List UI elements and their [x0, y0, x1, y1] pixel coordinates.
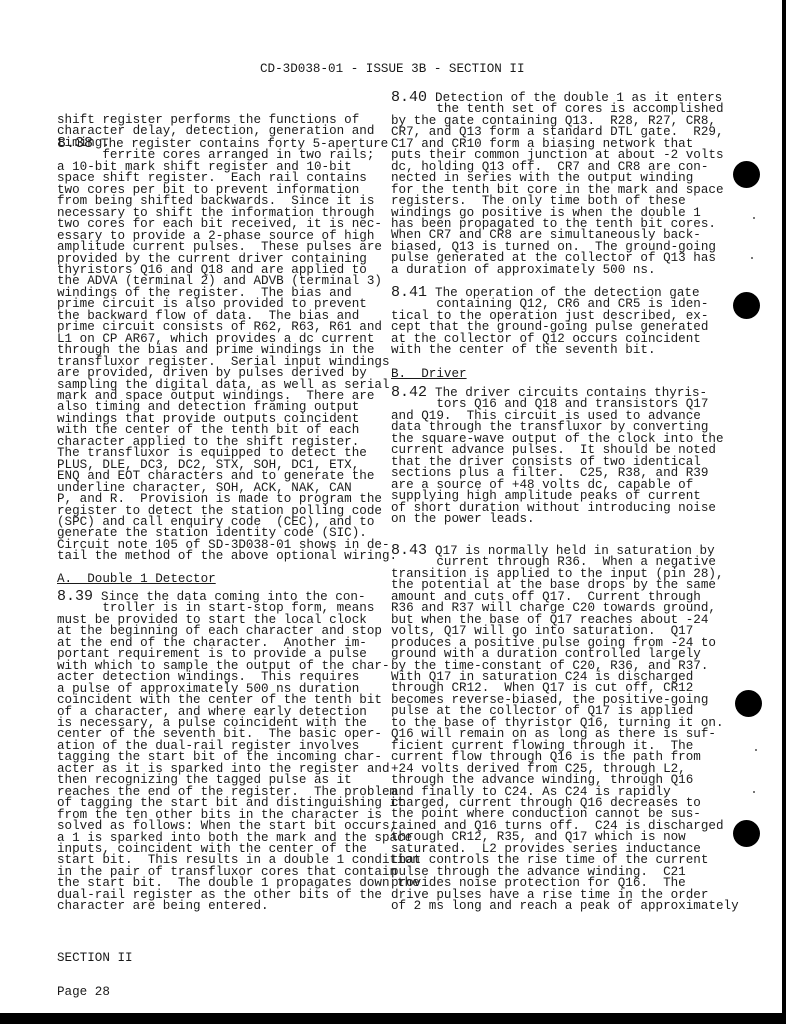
punch-hole-icon [733, 161, 760, 188]
text-line: a duration of approximately 500 ns. [391, 265, 724, 276]
punch-hole-icon [735, 690, 762, 717]
page-footer: SECTION II Page 28 [57, 930, 133, 1022]
text-line: on the power leads. [391, 514, 724, 525]
text-line: tail the method of the above optional wi… [57, 551, 397, 562]
paragraph-8-42: 8.42The driver circuits contains thyris-… [391, 387, 724, 525]
footer-page-number: Page 28 [57, 987, 133, 998]
paragraph-8-40: 8.40Detection of the double 1 as it ente… [391, 92, 724, 276]
text-line: character are being entered. [57, 901, 420, 912]
speck-mark [753, 217, 755, 219]
text-line: with the center of the seventh bit. [391, 345, 708, 356]
footer-section: SECTION II [57, 953, 133, 964]
document-page: CD-3D038-01 - ISSUE 3B - SECTION II shif… [0, 0, 782, 1013]
section-heading-a: A. Double 1 Detector [57, 574, 216, 585]
page-header: CD-3D038-01 - ISSUE 3B - SECTION II [260, 62, 525, 76]
paragraph-8-41: 8.41The operation of the detection gate … [391, 287, 708, 357]
speck-mark [755, 749, 757, 751]
punch-hole-icon [733, 820, 760, 847]
punch-hole-icon [733, 292, 760, 319]
text-line: of 2 ms long and reach a peak of approxi… [391, 901, 739, 912]
speck-mark [753, 791, 755, 793]
paragraph-8-39: 8.39Since the data coming into the con- … [57, 591, 420, 913]
paragraph-8-43: 8.43Q17 is normally held in saturation b… [391, 545, 739, 913]
section-heading-b: B. Driver [391, 369, 467, 380]
paragraph-8-38: 8.38The register contains forty 5-apertu… [57, 138, 397, 563]
speck-mark [751, 257, 753, 259]
